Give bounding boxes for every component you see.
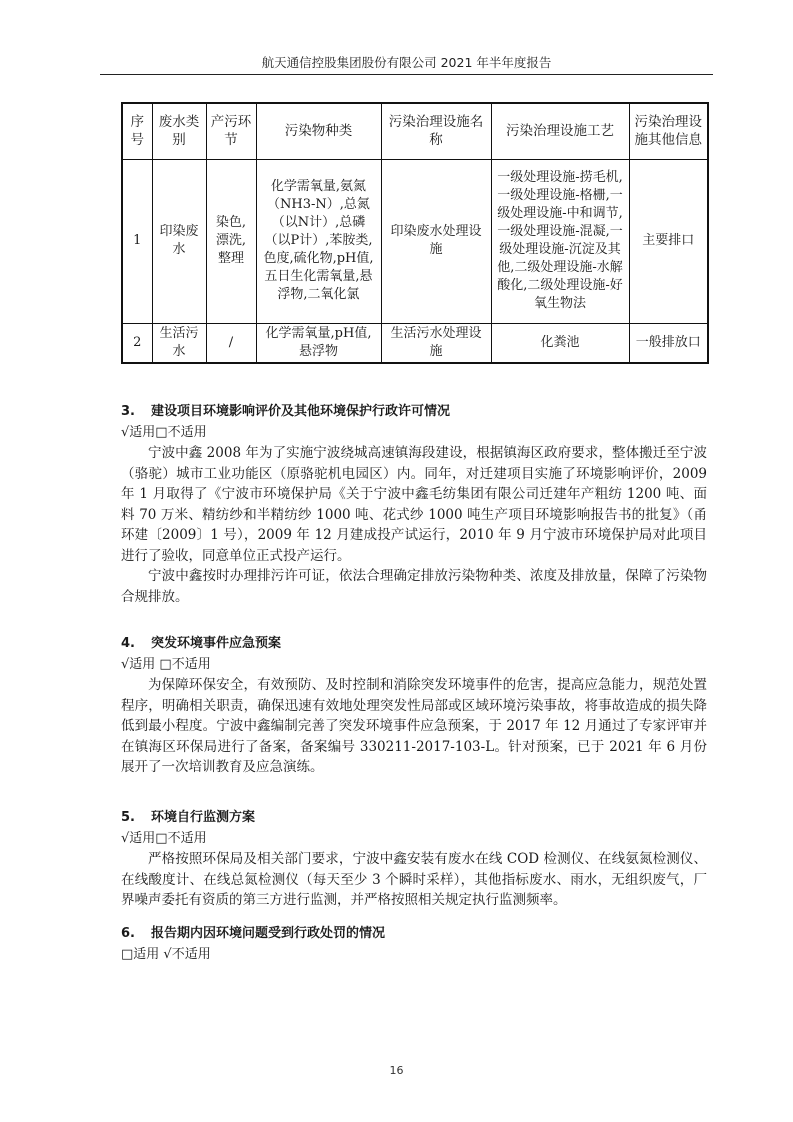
column-header-facility: 污染治理设施名称 (381, 103, 491, 159)
cell-other: 一般排放口 (629, 323, 708, 363)
column-header-process: 污染治理设施工艺 (491, 103, 629, 159)
cell-no: 1 (122, 159, 152, 323)
paragraph: 为保障环保安全，有效预防、及时控制和消除突发环境事件的危害，提高应急能力，规范处… (121, 675, 707, 778)
page-number: 16 (0, 1064, 793, 1077)
section-heading: 6.报告期内因环境问题受到行政处罚的情况 (121, 924, 707, 945)
table-row: 2 生活污水 / 化学需氧量,pH值,悬浮物 生活污水处理设施 化粪池 一般排放… (122, 323, 708, 363)
paragraph: 宁波中鑫 2008 年为了实施宁波绕城高速镇海段建设，根据镇海区政府要求，整体搬… (121, 443, 707, 566)
section-eia-permits: 3.建设项目环境影响评价及其他环境保护行政许可情况 √适用□不适用 宁波中鑫 2… (121, 402, 707, 607)
section-self-monitoring: 5.环境自行监测方案 √适用□不适用 严格按照环保局及相关部门要求，宁波中鑫安装… (121, 808, 707, 911)
column-header-category: 废水类别 (152, 103, 206, 159)
applicability-checkbox-line: □适用 √不适用 (121, 945, 707, 966)
applicability-checkbox-line: √适用□不适用 (121, 829, 707, 850)
column-header-other: 污染治理设施其他信息 (629, 103, 708, 159)
cell-stage: 染色,漂洗,整理 (206, 159, 256, 323)
column-header-pollutants: 污染物种类 (256, 103, 381, 159)
cell-facility: 印染废水处理设施 (381, 159, 491, 323)
table-row: 1 印染废水 染色,漂洗,整理 化学需氧量,氨氮（NH3-N）,总氮（以N计）,… (122, 159, 708, 323)
cell-pollutants: 化学需氧量,氨氮（NH3-N）,总氮（以N计）,总磷（以P计）,苯胺类,色度,硫… (256, 159, 381, 323)
table-header-row: 序号 废水类别 产污环节 污染物种类 污染治理设施名称 污染治理设施工艺 污染治… (122, 103, 708, 159)
cell-process: 一级处理设施-捞毛机,一级处理设施-格栅,一级处理设施-中和调节,一级处理设施-… (491, 159, 629, 323)
column-header-no: 序号 (122, 103, 152, 159)
report-header-title: 航天通信控股集团股份有限公司 2021 年半年度报告 (100, 53, 713, 71)
cell-facility: 生活污水处理设施 (381, 323, 491, 363)
section-emergency-plan: 4.突发环境事件应急预案 √适用 □不适用 为保障环保安全，有效预防、及时控制和… (121, 634, 707, 778)
section-heading: 5.环境自行监测方案 (121, 808, 707, 829)
cell-no: 2 (122, 323, 152, 363)
section-heading: 4.突发环境事件应急预案 (121, 634, 707, 655)
cell-category: 印染废水 (152, 159, 206, 323)
wastewater-treatment-table: 序号 废水类别 产污环节 污染物种类 污染治理设施名称 污染治理设施工艺 污染治… (121, 102, 709, 364)
cell-stage: / (206, 323, 256, 363)
paragraph: 严格按照环保局及相关部门要求，宁波中鑫安装有废水在线 COD 检测仪、在线氨氮检… (121, 849, 707, 911)
paragraph: 宁波中鑫按时办理排污许可证，依法合理确定排放污染物种类、浓度及排放量，保障了污染… (121, 566, 707, 607)
cell-category: 生活污水 (152, 323, 206, 363)
cell-other: 主要排口 (629, 159, 708, 323)
column-header-stage: 产污环节 (206, 103, 256, 159)
applicability-checkbox-line: √适用□不适用 (121, 423, 707, 444)
cell-process: 化粪池 (491, 323, 629, 363)
section-heading: 3.建设项目环境影响评价及其他环境保护行政许可情况 (121, 402, 707, 423)
cell-pollutants: 化学需氧量,pH值,悬浮物 (256, 323, 381, 363)
header-divider (100, 74, 713, 75)
applicability-checkbox-line: √适用 □不适用 (121, 655, 707, 676)
section-penalties: 6.报告期内因环境问题受到行政处罚的情况 □适用 √不适用 (121, 924, 707, 965)
